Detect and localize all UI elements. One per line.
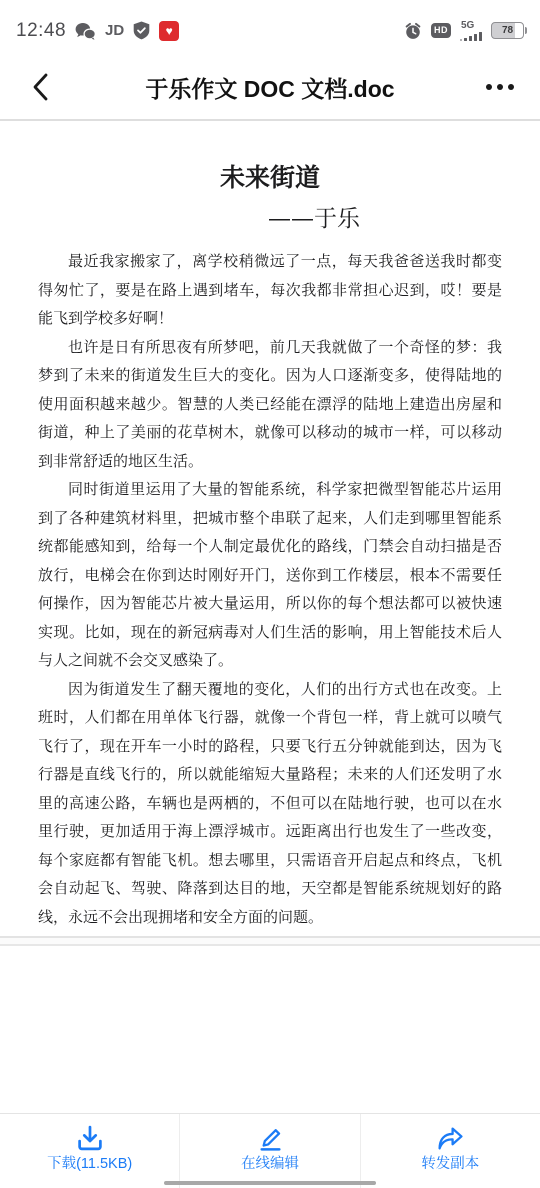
download-button[interactable]: 下载(11.5KB) — [0, 1114, 179, 1188]
signal-5g-icon: 5G — [460, 21, 482, 41]
download-label: 下载(11.5KB) — [47, 1157, 132, 1172]
more-options-icon — [484, 83, 516, 91]
edit-pencil-icon — [255, 1125, 285, 1152]
forward-copy-button[interactable]: 转发副本 — [361, 1114, 540, 1188]
hd-badge: HD — [431, 23, 451, 38]
signal-bars — [460, 32, 482, 41]
alarm-clock-icon — [404, 22, 422, 40]
heart-app-icon: ♥ — [159, 21, 179, 41]
essay-body: 最近我家搬家了，离学校稍微远了一点，每天我爸爸送我时都变得匆忙了，要是在路上遇到… — [38, 247, 502, 936]
status-bar: 12:48 JD ♥ — [0, 0, 540, 55]
status-bar-left: 12:48 JD ♥ — [16, 20, 179, 42]
forward-copy-label: 转发副本 — [421, 1157, 479, 1172]
online-edit-button[interactable]: 在线编辑 — [179, 1114, 360, 1188]
essay-title: 未来街道 — [38, 161, 502, 195]
forward-share-icon — [435, 1125, 465, 1152]
nav-bar: 于乐作文 DOC 文档.doc — [0, 55, 540, 121]
home-indicator[interactable] — [164, 1181, 376, 1185]
shield-check-icon — [133, 21, 150, 40]
status-bar-right: HD 5G 78 — [404, 21, 524, 41]
back-button[interactable] — [20, 72, 60, 102]
document-title-bar: 于乐作文 DOC 文档.doc — [60, 71, 480, 104]
document-page-2 — [0, 946, 540, 1113]
essay-paragraph: 最近我家搬家了，离学校稍微远了一点，每天我爸爸送我时都变得匆忙了，要是在路上遇到… — [38, 247, 502, 333]
clock-time: 12:48 — [16, 20, 66, 42]
download-icon — [75, 1125, 105, 1152]
more-options-button[interactable] — [480, 83, 520, 91]
essay-byline: ——于乐 — [38, 203, 502, 235]
jd-logo: JD — [105, 22, 124, 39]
battery-icon: 78 — [491, 22, 524, 39]
page-break — [0, 936, 540, 946]
online-edit-label: 在线编辑 — [241, 1157, 299, 1172]
wechat-icon — [75, 22, 96, 40]
essay-paragraph: 也许是日有所思夜有所梦吧，前几天我就做了一个奇怪的梦：我梦到了未来的街道发生巨大… — [38, 333, 502, 476]
bottom-toolbar: 下载(11.5KB) 在线编辑 转发副本 — [0, 1113, 540, 1188]
essay-paragraph: 同时街道里运用了大量的智能系统，科学家把微型智能芯片运用到了各种建筑材料里，把城… — [38, 475, 502, 675]
document-view[interactable]: 未来街道 ——于乐 最近我家搬家了，离学校稍微远了一点，每天我爸爸送我时都变得匆… — [0, 121, 540, 1113]
phone-screen: 12:48 JD ♥ — [0, 0, 540, 1188]
essay-paragraph: 因为街道发生了翻天覆地的变化，人们的出行方式也在改变。上班时，人们都在用单体飞行… — [38, 675, 502, 932]
document-page-1: 未来街道 ——于乐 最近我家搬家了，离学校稍微远了一点，每天我爸爸送我时都变得匆… — [0, 121, 540, 936]
battery-percent: 78 — [502, 25, 513, 36]
back-chevron-icon — [29, 72, 51, 102]
